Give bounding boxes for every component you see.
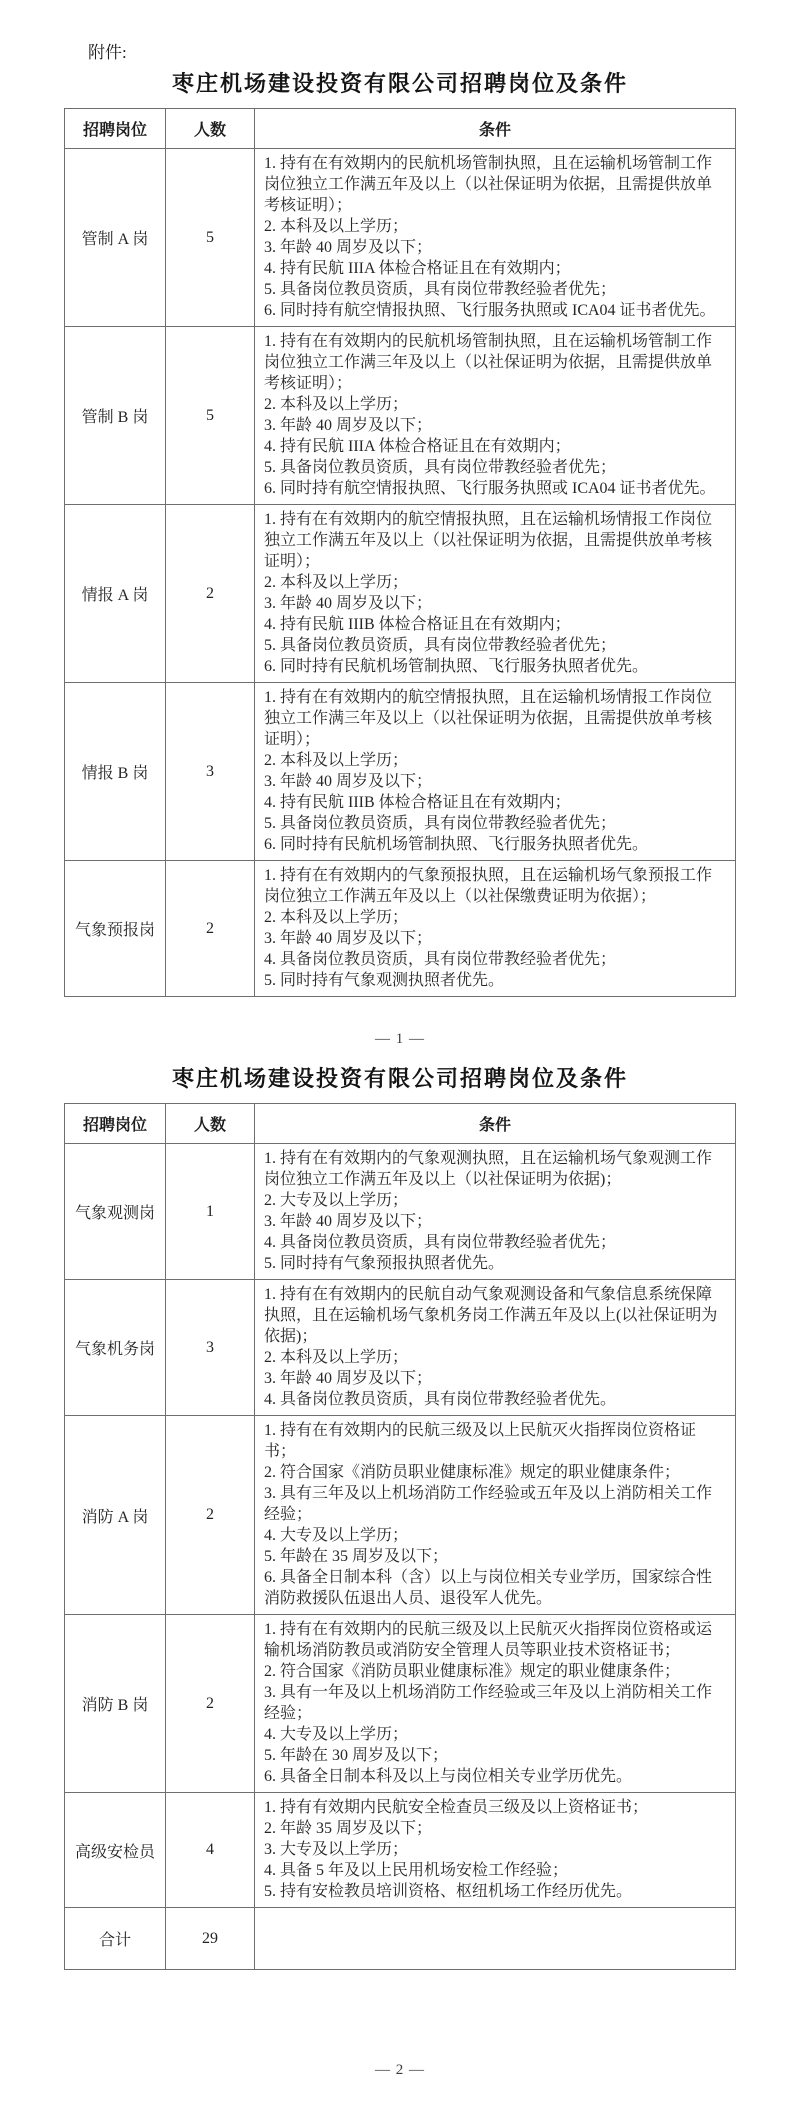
condition-line: 4. 持有民航 IIIB 体检合格证且在有效期内； — [264, 792, 727, 813]
column-header: 条件 — [255, 109, 736, 149]
condition-line: 5. 年龄在 30 周岁及以下； — [264, 1745, 727, 1766]
condition-line: 5. 具备岗位教员资质，具有岗位带教经验者优先； — [264, 813, 727, 834]
condition-line: 1. 持有在有效期内的气象观测执照，且在运输机场气象观测工作岗位独立工作满五年及… — [264, 1148, 727, 1190]
condition-line: 2. 本科及以上学历； — [264, 1347, 727, 1368]
condition-line: 1. 持有在有效期内的民航机场管制执照，且在运输机场管制工作岗位独立工作满五年及… — [264, 153, 727, 216]
condition-line: 1. 持有在有效期内的民航三级及以上民航灭火指挥岗位资格或运输机场消防教员或消防… — [264, 1619, 727, 1661]
condition-line: 6. 具备全日制本科及以上与岗位相关专业学历优先。 — [264, 1766, 727, 1787]
table-row: 气象预报岗21. 持有在有效期内的气象预报执照，且在运输机场气象预报工作岗位独立… — [65, 861, 736, 997]
position-cell: 消防 A 岗 — [65, 1416, 166, 1615]
condition-line: 4. 持有民航 IIIA 体检合格证且在有效期内； — [264, 436, 727, 457]
table-row: 气象观测岗11. 持有在有效期内的气象观测执照，且在运输机场气象观测工作岗位独立… — [65, 1144, 736, 1280]
condition-line: 2. 大专及以上学历； — [264, 1190, 727, 1211]
column-header: 招聘岗位 — [65, 109, 166, 149]
column-header: 人数 — [166, 1104, 255, 1144]
conditions-cell: 1. 持有在有效期内的民航机场管制执照，且在运输机场管制工作岗位独立工作满五年及… — [255, 149, 736, 327]
condition-line: 4. 大专及以上学历； — [264, 1724, 727, 1745]
condition-line: 4. 持有民航 IIIB 体检合格证且在有效期内； — [264, 614, 727, 635]
column-header: 招聘岗位 — [65, 1104, 166, 1144]
condition-line: 4. 大专及以上学历； — [264, 1525, 727, 1546]
condition-line: 1. 持有在有效期内的民航自动气象观测设备和气象信息系统保障执照，且在运输机场气… — [264, 1284, 727, 1347]
condition-line: 2. 符合国家《消防员职业健康标准》规定的职业健康条件； — [264, 1462, 727, 1483]
document-page: 附件: 枣庄机场建设投资有限公司招聘岗位及条件 招聘岗位人数条件管制 A 岗51… — [0, 0, 794, 2109]
table-header-row: 招聘岗位人数条件 — [65, 1104, 736, 1144]
position-cell: 合计 — [65, 1908, 166, 1970]
condition-line: 5. 持有安检教员培训资格、枢纽机场工作经历优先。 — [264, 1881, 727, 1902]
recruitment-table-page-2: 招聘岗位人数条件气象观测岗11. 持有在有效期内的气象观测执照，且在运输机场气象… — [64, 1103, 736, 1970]
table-row: 高级安检员41. 持有有效期内民航安全检查员三级及以上资格证书；2. 年龄 35… — [65, 1793, 736, 1908]
condition-line: 5. 年龄在 35 周岁及以下； — [264, 1546, 727, 1567]
column-header: 条件 — [255, 1104, 736, 1144]
position-cell: 情报 A 岗 — [65, 505, 166, 683]
conditions-cell: 1. 持有在有效期内的民航自动气象观测设备和气象信息系统保障执照，且在运输机场气… — [255, 1280, 736, 1416]
condition-line: 5. 具备岗位教员资质，具有岗位带教经验者优先； — [264, 279, 727, 300]
condition-line: 4. 具备岗位教员资质，具有岗位带教经验者优先。 — [264, 1389, 727, 1410]
condition-line: 1. 持有有效期内民航安全检查员三级及以上资格证书； — [264, 1797, 727, 1818]
condition-line: 2. 本科及以上学历； — [264, 216, 727, 237]
condition-line: 1. 持有在有效期内的气象预报执照，且在运输机场气象预报工作岗位独立工作满五年及… — [264, 865, 727, 907]
conditions-cell: 1. 持有在有效期内的气象预报执照，且在运输机场气象预报工作岗位独立工作满五年及… — [255, 861, 736, 997]
count-cell: 1 — [166, 1144, 255, 1280]
page-1-number: — 1 — — [64, 1031, 736, 1048]
condition-line: 2. 符合国家《消防员职业健康标准》规定的职业健康条件； — [264, 1661, 727, 1682]
table-row: 情报 A 岗21. 持有在有效期内的航空情报执照，且在运输机场情报工作岗位独立工… — [65, 505, 736, 683]
position-cell: 气象机务岗 — [65, 1280, 166, 1416]
position-cell: 气象预报岗 — [65, 861, 166, 997]
conditions-cell: 1. 持有有效期内民航安全检查员三级及以上资格证书；2. 年龄 35 周岁及以下… — [255, 1793, 736, 1908]
table-row: 合计29 — [65, 1908, 736, 1970]
condition-line: 5. 具备岗位教员资质，具有岗位带教经验者优先； — [264, 457, 727, 478]
count-cell: 2 — [166, 505, 255, 683]
count-cell: 3 — [166, 683, 255, 861]
conditions-cell: 1. 持有在有效期内的航空情报执照，且在运输机场情报工作岗位独立工作满五年及以上… — [255, 505, 736, 683]
page-1-section: 枣庄机场建设投资有限公司招聘岗位及条件 招聘岗位人数条件管制 A 岗51. 持有… — [64, 67, 736, 1048]
position-cell: 气象观测岗 — [65, 1144, 166, 1280]
condition-line: 2. 本科及以上学历； — [264, 750, 727, 771]
column-header: 人数 — [166, 109, 255, 149]
condition-line: 2. 本科及以上学历； — [264, 572, 727, 593]
condition-line: 2. 本科及以上学历； — [264, 907, 727, 928]
table-row: 管制 B 岗51. 持有在有效期内的民航机场管制执照，且在运输机场管制工作岗位独… — [65, 327, 736, 505]
condition-line: 6. 同时持有民航机场管制执照、飞行服务执照者优先。 — [264, 834, 727, 855]
count-cell: 2 — [166, 1416, 255, 1615]
position-cell: 高级安检员 — [65, 1793, 166, 1908]
table-row: 气象机务岗31. 持有在有效期内的民航自动气象观测设备和气象信息系统保障执照，且… — [65, 1280, 736, 1416]
condition-line: 6. 具备全日制本科（含）以上与岗位相关专业学历，国家综合性消防救援队伍退出人员… — [264, 1567, 727, 1609]
condition-line: 2. 年龄 35 周岁及以下； — [264, 1818, 727, 1839]
count-cell: 29 — [166, 1908, 255, 1970]
condition-line: 3. 大专及以上学历； — [264, 1839, 727, 1860]
condition-line: 1. 持有在有效期内的民航三级及以上民航灭火指挥岗位资格证书； — [264, 1420, 727, 1462]
count-cell: 2 — [166, 861, 255, 997]
count-cell: 3 — [166, 1280, 255, 1416]
condition-line: 6. 同时持有航空情报执照、飞行服务执照或 ICA04 证书者优先。 — [264, 300, 727, 321]
condition-line: 3. 年龄 40 周岁及以下； — [264, 415, 727, 436]
page-2-number: — 2 — — [64, 2062, 736, 2079]
condition-line: 5. 同时持有气象观测执照者优先。 — [264, 970, 727, 991]
position-cell: 情报 B 岗 — [65, 683, 166, 861]
count-cell: 5 — [166, 149, 255, 327]
condition-line: 1. 持有在有效期内的民航机场管制执照，且在运输机场管制工作岗位独立工作满三年及… — [264, 331, 727, 394]
position-cell: 管制 B 岗 — [65, 327, 166, 505]
condition-line: 3. 具有一年及以上机场消防工作经验或三年及以上消防相关工作经验； — [264, 1682, 727, 1724]
conditions-cell: 1. 持有在有效期内的民航机场管制执照，且在运输机场管制工作岗位独立工作满三年及… — [255, 327, 736, 505]
conditions-cell — [255, 1908, 736, 1970]
condition-line: 3. 年龄 40 周岁及以下； — [264, 771, 727, 792]
condition-line: 5. 具备岗位教员资质，具有岗位带教经验者优先； — [264, 635, 727, 656]
condition-line: 3. 年龄 40 周岁及以下； — [264, 593, 727, 614]
table-row: 情报 B 岗31. 持有在有效期内的航空情报执照，且在运输机场情报工作岗位独立工… — [65, 683, 736, 861]
page-1-title: 枣庄机场建设投资有限公司招聘岗位及条件 — [64, 67, 736, 98]
condition-line: 3. 年龄 40 周岁及以下； — [264, 237, 727, 258]
conditions-cell: 1. 持有在有效期内的气象观测执照，且在运输机场气象观测工作岗位独立工作满五年及… — [255, 1144, 736, 1280]
page-2-title: 枣庄机场建设投资有限公司招聘岗位及条件 — [64, 1062, 736, 1093]
table-header-row: 招聘岗位人数条件 — [65, 109, 736, 149]
attachment-label: 附件: — [88, 38, 736, 63]
condition-line: 4. 具备岗位教员资质，具有岗位带教经验者优先； — [264, 1232, 727, 1253]
condition-line: 1. 持有在有效期内的航空情报执照，且在运输机场情报工作岗位独立工作满五年及以上… — [264, 509, 727, 572]
condition-line: 3. 具有三年及以上机场消防工作经验或五年及以上消防相关工作经验； — [264, 1483, 727, 1525]
conditions-cell: 1. 持有在有效期内的民航三级及以上民航灭火指挥岗位资格或运输机场消防教员或消防… — [255, 1615, 736, 1793]
position-cell: 管制 A 岗 — [65, 149, 166, 327]
page-2-section: 枣庄机场建设投资有限公司招聘岗位及条件 招聘岗位人数条件气象观测岗11. 持有在… — [64, 1062, 736, 2079]
condition-line: 3. 年龄 40 周岁及以下； — [264, 1368, 727, 1389]
position-cell: 消防 B 岗 — [65, 1615, 166, 1793]
condition-line: 3. 年龄 40 周岁及以下； — [264, 1211, 727, 1232]
condition-line: 6. 同时持有航空情报执照、飞行服务执照或 ICA04 证书者优先。 — [264, 478, 727, 499]
count-cell: 5 — [166, 327, 255, 505]
count-cell: 2 — [166, 1615, 255, 1793]
condition-line: 2. 本科及以上学历； — [264, 394, 727, 415]
condition-line: 4. 具备 5 年及以上民用机场安检工作经验； — [264, 1860, 727, 1881]
recruitment-table-page-1: 招聘岗位人数条件管制 A 岗51. 持有在有效期内的民航机场管制执照，且在运输机… — [64, 108, 736, 997]
table-row: 消防 B 岗21. 持有在有效期内的民航三级及以上民航灭火指挥岗位资格或运输机场… — [65, 1615, 736, 1793]
table-row: 消防 A 岗21. 持有在有效期内的民航三级及以上民航灭火指挥岗位资格证书；2.… — [65, 1416, 736, 1615]
conditions-cell: 1. 持有在有效期内的民航三级及以上民航灭火指挥岗位资格证书；2. 符合国家《消… — [255, 1416, 736, 1615]
count-cell: 4 — [166, 1793, 255, 1908]
condition-line: 3. 年龄 40 周岁及以下； — [264, 928, 727, 949]
table-row: 管制 A 岗51. 持有在有效期内的民航机场管制执照，且在运输机场管制工作岗位独… — [65, 149, 736, 327]
condition-line: 4. 持有民航 IIIA 体检合格证且在有效期内； — [264, 258, 727, 279]
condition-line: 1. 持有在有效期内的航空情报执照，且在运输机场情报工作岗位独立工作满三年及以上… — [264, 687, 727, 750]
condition-line: 6. 同时持有民航机场管制执照、飞行服务执照者优先。 — [264, 656, 727, 677]
condition-line: 4. 具备岗位教员资质，具有岗位带教经验者优先； — [264, 949, 727, 970]
condition-line: 5. 同时持有气象预报执照者优先。 — [264, 1253, 727, 1274]
conditions-cell: 1. 持有在有效期内的航空情报执照，且在运输机场情报工作岗位独立工作满三年及以上… — [255, 683, 736, 861]
